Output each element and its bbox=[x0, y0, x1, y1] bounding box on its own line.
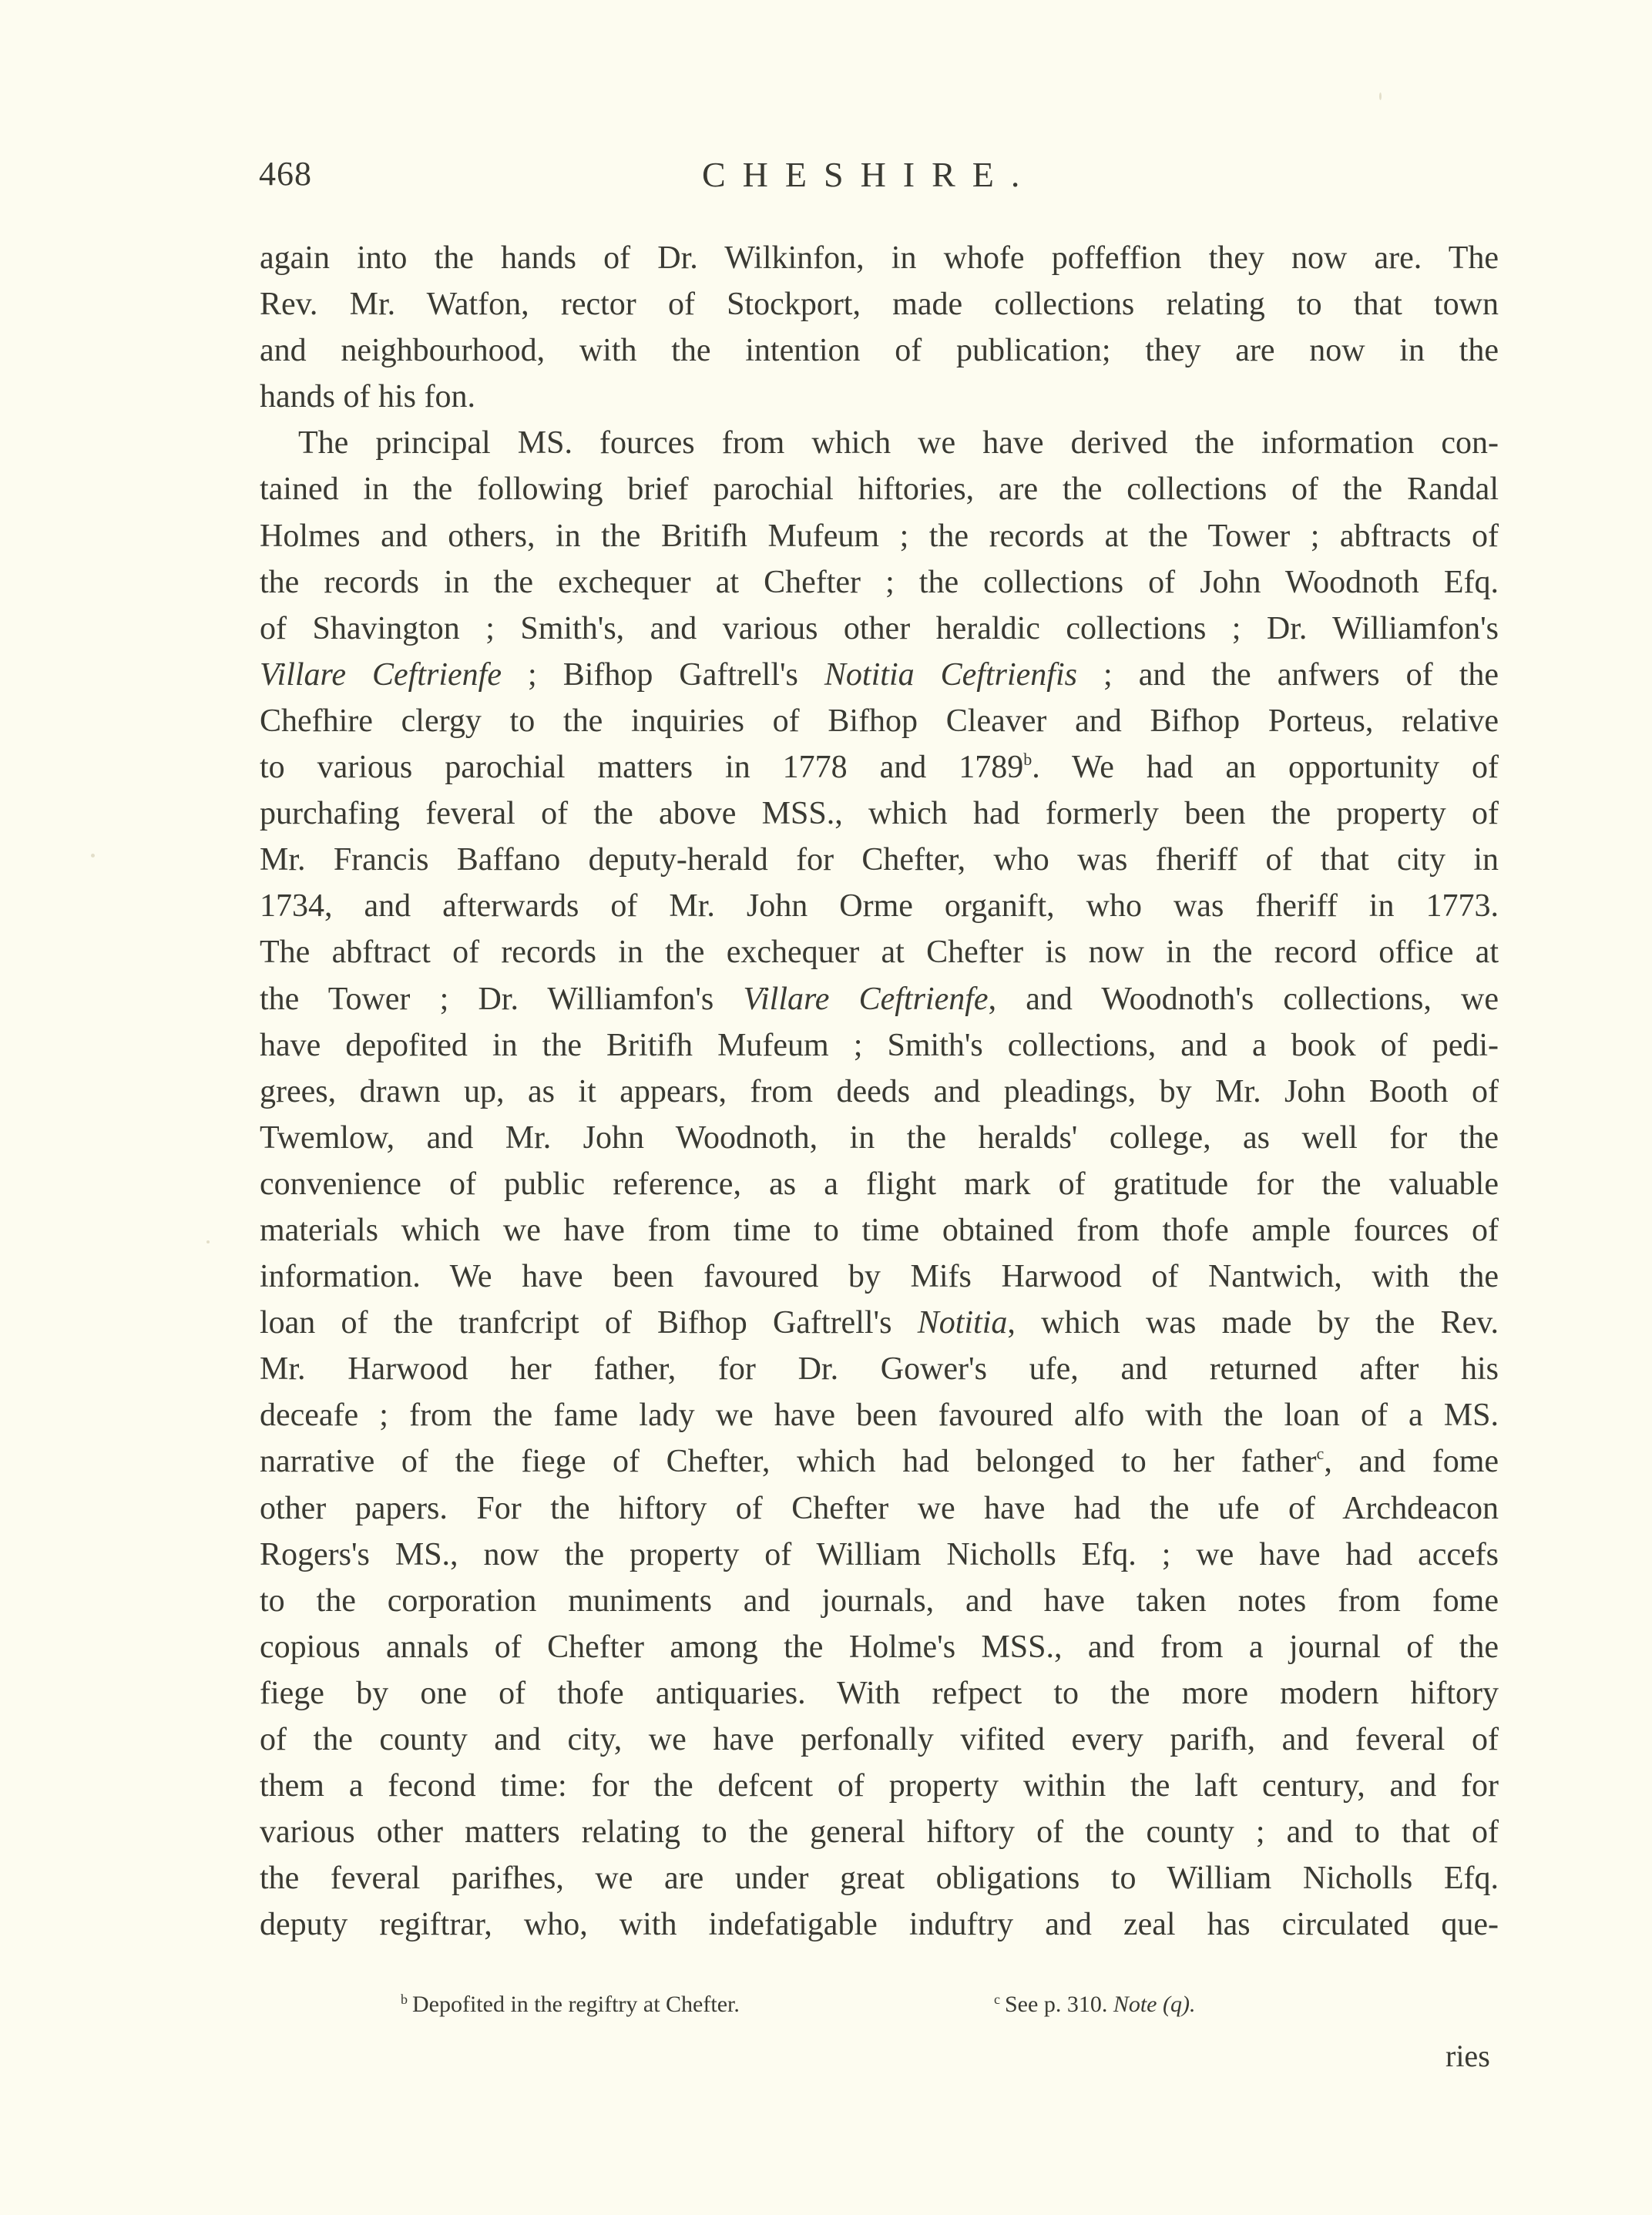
text-line: Mr. Francis Baffano deputy-herald for Ch… bbox=[260, 837, 1499, 883]
page-number: 468 bbox=[259, 154, 312, 193]
text-segment: Holmes and others, in the Britifh Mufeum… bbox=[260, 519, 1499, 554]
text-segment: other papers. For the hiftory of Chefter… bbox=[260, 1491, 1499, 1526]
text-line: and neighbourhood, with the intention of… bbox=[260, 327, 1499, 374]
footnote-note-ref: Note (q). bbox=[1113, 1992, 1196, 2017]
text-line: narrative of the fiege of Chefter, which… bbox=[260, 1438, 1499, 1485]
text-line: copious annals of Chefter among the Holm… bbox=[260, 1624, 1499, 1670]
footnote-mark: b bbox=[401, 1992, 408, 2007]
text-line: them a fecond time: for the defcent of p… bbox=[260, 1763, 1499, 1809]
text-segment: to the corporation muniments and journal… bbox=[260, 1583, 1499, 1619]
text-segment: Mr. Harwood her father, for Dr. Gower's … bbox=[260, 1351, 1499, 1387]
text-segment: Rogers's MS., now the property of Willia… bbox=[260, 1537, 1499, 1572]
text-line: The principal MS. fources from which we … bbox=[260, 420, 1499, 466]
text-segment: of Shavington ; Smith's, and various oth… bbox=[260, 611, 1499, 646]
text-line: Chefhire clergy to the inquiries of Bifh… bbox=[260, 698, 1499, 744]
text-line: various other matters relating to the ge… bbox=[260, 1809, 1499, 1855]
paper-speck bbox=[91, 854, 95, 857]
footnote-text: See p. 310. bbox=[1005, 1992, 1113, 2017]
footnote-reference[interactable]: b bbox=[1023, 750, 1032, 769]
text-line: of Shavington ; Smith's, and various oth… bbox=[260, 606, 1499, 652]
text-segment: the feveral parifhes, we are under great… bbox=[260, 1861, 1499, 1896]
italic-title: Notitia bbox=[918, 1305, 1008, 1341]
footnote-c: cSee p. 310. Note (q). bbox=[994, 1992, 1195, 2018]
footnote-mark: c bbox=[994, 1992, 1000, 2007]
book-page: 468 CHESHIRE. again into the hands of Dr… bbox=[0, 0, 1652, 2215]
text-segment: convenience of public reference, as a fl… bbox=[260, 1166, 1499, 1202]
paper-speck bbox=[206, 1240, 210, 1243]
text-segment: 1734, and afterwards of Mr. John Orme or… bbox=[260, 888, 1499, 924]
text-segment: to various parochial matters in 1778 and… bbox=[260, 750, 1023, 785]
text-line: fiege by one of thofe antiquaries. With … bbox=[260, 1670, 1499, 1717]
text-line: materials which we have from time to tim… bbox=[260, 1207, 1499, 1253]
text-segment: various other matters relating to the ge… bbox=[260, 1814, 1499, 1850]
text-line: Rogers's MS., now the property of Willia… bbox=[260, 1532, 1499, 1578]
text-segment: The abftract of records in the exchequer… bbox=[260, 935, 1499, 970]
text-segment: and neighbourhood, with the intention of… bbox=[260, 333, 1499, 368]
text-segment: hands of his fon. bbox=[260, 379, 475, 414]
text-segment: again into the hands of Dr. Wilkinfon, i… bbox=[260, 240, 1499, 276]
text-segment: have depofited in the Britifh Mufeum ; S… bbox=[260, 1028, 1499, 1063]
running-title: CHESHIRE. bbox=[702, 154, 1036, 195]
text-line: of the county and city, we have perfonal… bbox=[260, 1717, 1499, 1763]
text-segment: deputy regiftrar, who, with indefatigabl… bbox=[260, 1907, 1499, 1942]
text-line: deceafe ; from the fame lady we have bee… bbox=[260, 1392, 1499, 1438]
text-segment: purchafing feveral of the above MSS., wh… bbox=[260, 796, 1499, 831]
text-line: have depofited in the Britifh Mufeum ; S… bbox=[260, 1022, 1499, 1069]
text-line: the records in the exchequer at Chefter … bbox=[260, 559, 1499, 606]
text-line: grees, drawn up, as it appears, from dee… bbox=[260, 1069, 1499, 1115]
page-header: 468 CHESHIRE. bbox=[259, 154, 1499, 208]
text-segment: Mr. Francis Baffano deputy-herald for Ch… bbox=[260, 842, 1499, 878]
text-segment: tained in the following brief parochial … bbox=[260, 472, 1499, 507]
italic-title: Notitia Ceftrienfis bbox=[824, 657, 1077, 693]
text-line: Mr. Harwood her father, for Dr. Gower's … bbox=[260, 1346, 1499, 1392]
text-segment: , and fome bbox=[1324, 1444, 1499, 1479]
text-line: 1734, and afterwards of Mr. John Orme or… bbox=[260, 883, 1499, 929]
text-segment: them a fecond time: for the defcent of p… bbox=[260, 1768, 1499, 1804]
footnotes: bDepofited in the regiftry at Chefter. c… bbox=[0, 1992, 1652, 2030]
text-segment: information. We have been favoured by Mi… bbox=[260, 1259, 1499, 1294]
text-line: hands of his fon. bbox=[260, 374, 1499, 420]
text-line: Twemlow, and Mr. John Woodnoth, in the h… bbox=[260, 1115, 1499, 1161]
text-segment: . We had an opportunity of bbox=[1032, 750, 1499, 785]
text-line: to the corporation muniments and journal… bbox=[260, 1578, 1499, 1624]
text-line: the Tower ; Dr. Williamfon's Villare Cef… bbox=[260, 976, 1499, 1022]
text-line: loan of the tranfcript of Bifhop Gaftrel… bbox=[260, 1300, 1499, 1346]
paper-speck bbox=[1379, 92, 1382, 100]
text-segment: materials which we have from time to tim… bbox=[260, 1213, 1499, 1248]
text-line: the feveral parifhes, we are under great… bbox=[260, 1855, 1499, 1901]
text-line: convenience of public reference, as a fl… bbox=[260, 1161, 1499, 1207]
text-line: other papers. For the hiftory of Chefter… bbox=[260, 1485, 1499, 1532]
text-segment: ; and the anfwers of the bbox=[1077, 657, 1499, 693]
text-segment: loan of the tranfcript of Bifhop Gaftrel… bbox=[260, 1305, 918, 1341]
text-line: Villare Ceftrienfe ; Bifhop Gaftrell's N… bbox=[260, 652, 1499, 698]
text-segment: grees, drawn up, as it appears, from dee… bbox=[260, 1074, 1499, 1109]
text-segment: of the county and city, we have perfonal… bbox=[260, 1722, 1499, 1757]
footnote-b: bDepofited in the regiftry at Chefter. bbox=[401, 1992, 740, 2018]
italic-title: Villare Ceftrienfe bbox=[743, 982, 988, 1017]
text-line: information. We have been favoured by Mi… bbox=[260, 1253, 1499, 1300]
body-text: again into the hands of Dr. Wilkinfon, i… bbox=[260, 235, 1499, 1948]
text-segment: , which was made by the Rev. bbox=[1007, 1305, 1499, 1341]
text-line: tained in the following brief parochial … bbox=[260, 466, 1499, 512]
catchword: ries bbox=[1445, 2038, 1490, 2074]
text-segment: Chefhire clergy to the inquiries of Bifh… bbox=[260, 703, 1499, 739]
text-line: to various parochial matters in 1778 and… bbox=[260, 744, 1499, 790]
text-line: again into the hands of Dr. Wilkinfon, i… bbox=[260, 235, 1499, 281]
footnote-text: Depofited in the regiftry at Chefter. bbox=[412, 1992, 740, 2017]
italic-title: Villare Ceftrienfe bbox=[260, 657, 502, 693]
text-line: deputy regiftrar, who, with indefatigabl… bbox=[260, 1901, 1499, 1948]
text-segment: narrative of the fiege of Chefter, which… bbox=[260, 1444, 1317, 1479]
text-segment: Rev. Mr. Watfon, rector of Stockport, ma… bbox=[260, 287, 1499, 322]
text-segment: the Tower ; Dr. Williamfon's bbox=[260, 982, 743, 1017]
text-segment: copious annals of Chefter among the Holm… bbox=[260, 1629, 1499, 1665]
text-segment: fiege by one of thofe antiquaries. With … bbox=[260, 1676, 1499, 1711]
text-segment: the records in the exchequer at Chefter … bbox=[260, 565, 1499, 600]
text-segment: ; Bifhop Gaftrell's bbox=[502, 657, 824, 693]
text-segment: deceafe ; from the fame lady we have bee… bbox=[260, 1398, 1499, 1433]
footnote-reference[interactable]: c bbox=[1317, 1444, 1325, 1463]
text-segment: , and Woodnoth's collections, we bbox=[989, 982, 1499, 1017]
text-line: purchafing feveral of the above MSS., wh… bbox=[260, 790, 1499, 837]
text-line: Holmes and others, in the Britifh Mufeum… bbox=[260, 513, 1499, 559]
text-segment: Twemlow, and Mr. John Woodnoth, in the h… bbox=[260, 1120, 1499, 1156]
text-line: The abftract of records in the exchequer… bbox=[260, 929, 1499, 975]
text-line: Rev. Mr. Watfon, rector of Stockport, ma… bbox=[260, 281, 1499, 327]
text-segment: The principal MS. fources from which we … bbox=[298, 425, 1499, 461]
